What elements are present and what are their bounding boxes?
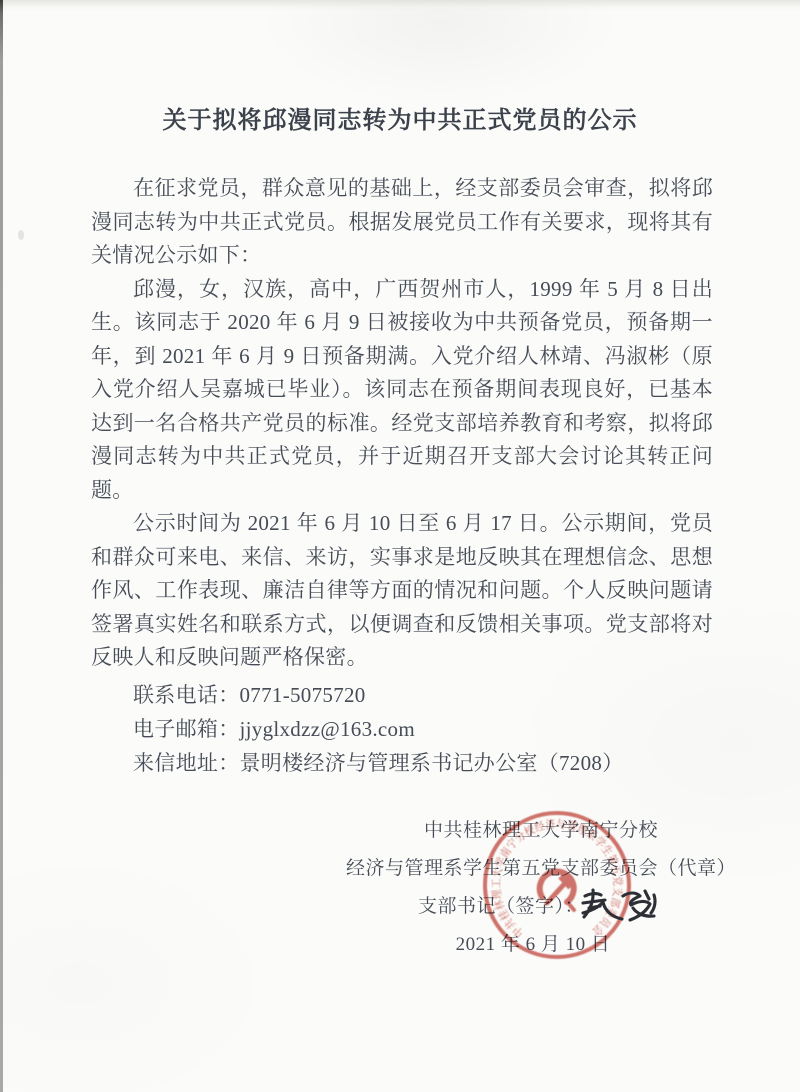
contact-email-value: jjyglxdzz@163.com (240, 717, 416, 741)
document-body: 在征求党员，群众意见的基础上，经支部委员会审查，拟将邱漫同志转为中共正式党员。根… (91, 172, 713, 780)
document-title: 关于拟将邱漫同志转为中共正式党员的公示 (0, 100, 800, 135)
contact-lines: 联系电话：0771-5075720 电子邮箱：jjyglxdzz@163.com… (91, 678, 713, 780)
contact-phone-value: 0771-5075720 (240, 683, 366, 707)
contact-phone: 联系电话：0771-5075720 (91, 678, 713, 712)
scan-top-shadow (0, 0, 800, 11)
contact-email: 电子邮箱：jjyglxdzz@163.com (91, 712, 713, 746)
scan-smudge (18, 230, 24, 240)
paragraph-publicity-period: 公示时间为 2021 年 6 月 10 日至 6 月 17 日。公示期间，党员和… (91, 507, 713, 675)
contact-address-value: 景明楼经济与管理系书记办公室（7208） (240, 751, 624, 775)
paragraph-member-info: 邱漫，女，汉族，高中，广西贺州市人，1999 年 5 月 8 日出生。该同志于 … (91, 273, 713, 508)
hammer-and-sickle-icon (540, 871, 574, 910)
document-page: 关于拟将邱漫同志转为中共正式党员的公示 在征求党员，群众意见的基础上，经支部委员… (0, 0, 800, 1092)
contact-address: 来信地址：景明楼经济与管理系书记办公室（7208） (91, 746, 713, 780)
handwritten-signature (575, 884, 661, 928)
contact-email-label: 电子邮箱： (133, 717, 240, 741)
contact-phone-label: 联系电话： (133, 683, 240, 707)
paragraph-intro: 在征求党员，群众意见的基础上，经支部委员会审查，拟将邱漫同志转为中共正式党员。根… (91, 172, 713, 273)
contact-address-label: 来信地址： (133, 751, 240, 775)
scan-left-edge (0, 0, 3, 1092)
